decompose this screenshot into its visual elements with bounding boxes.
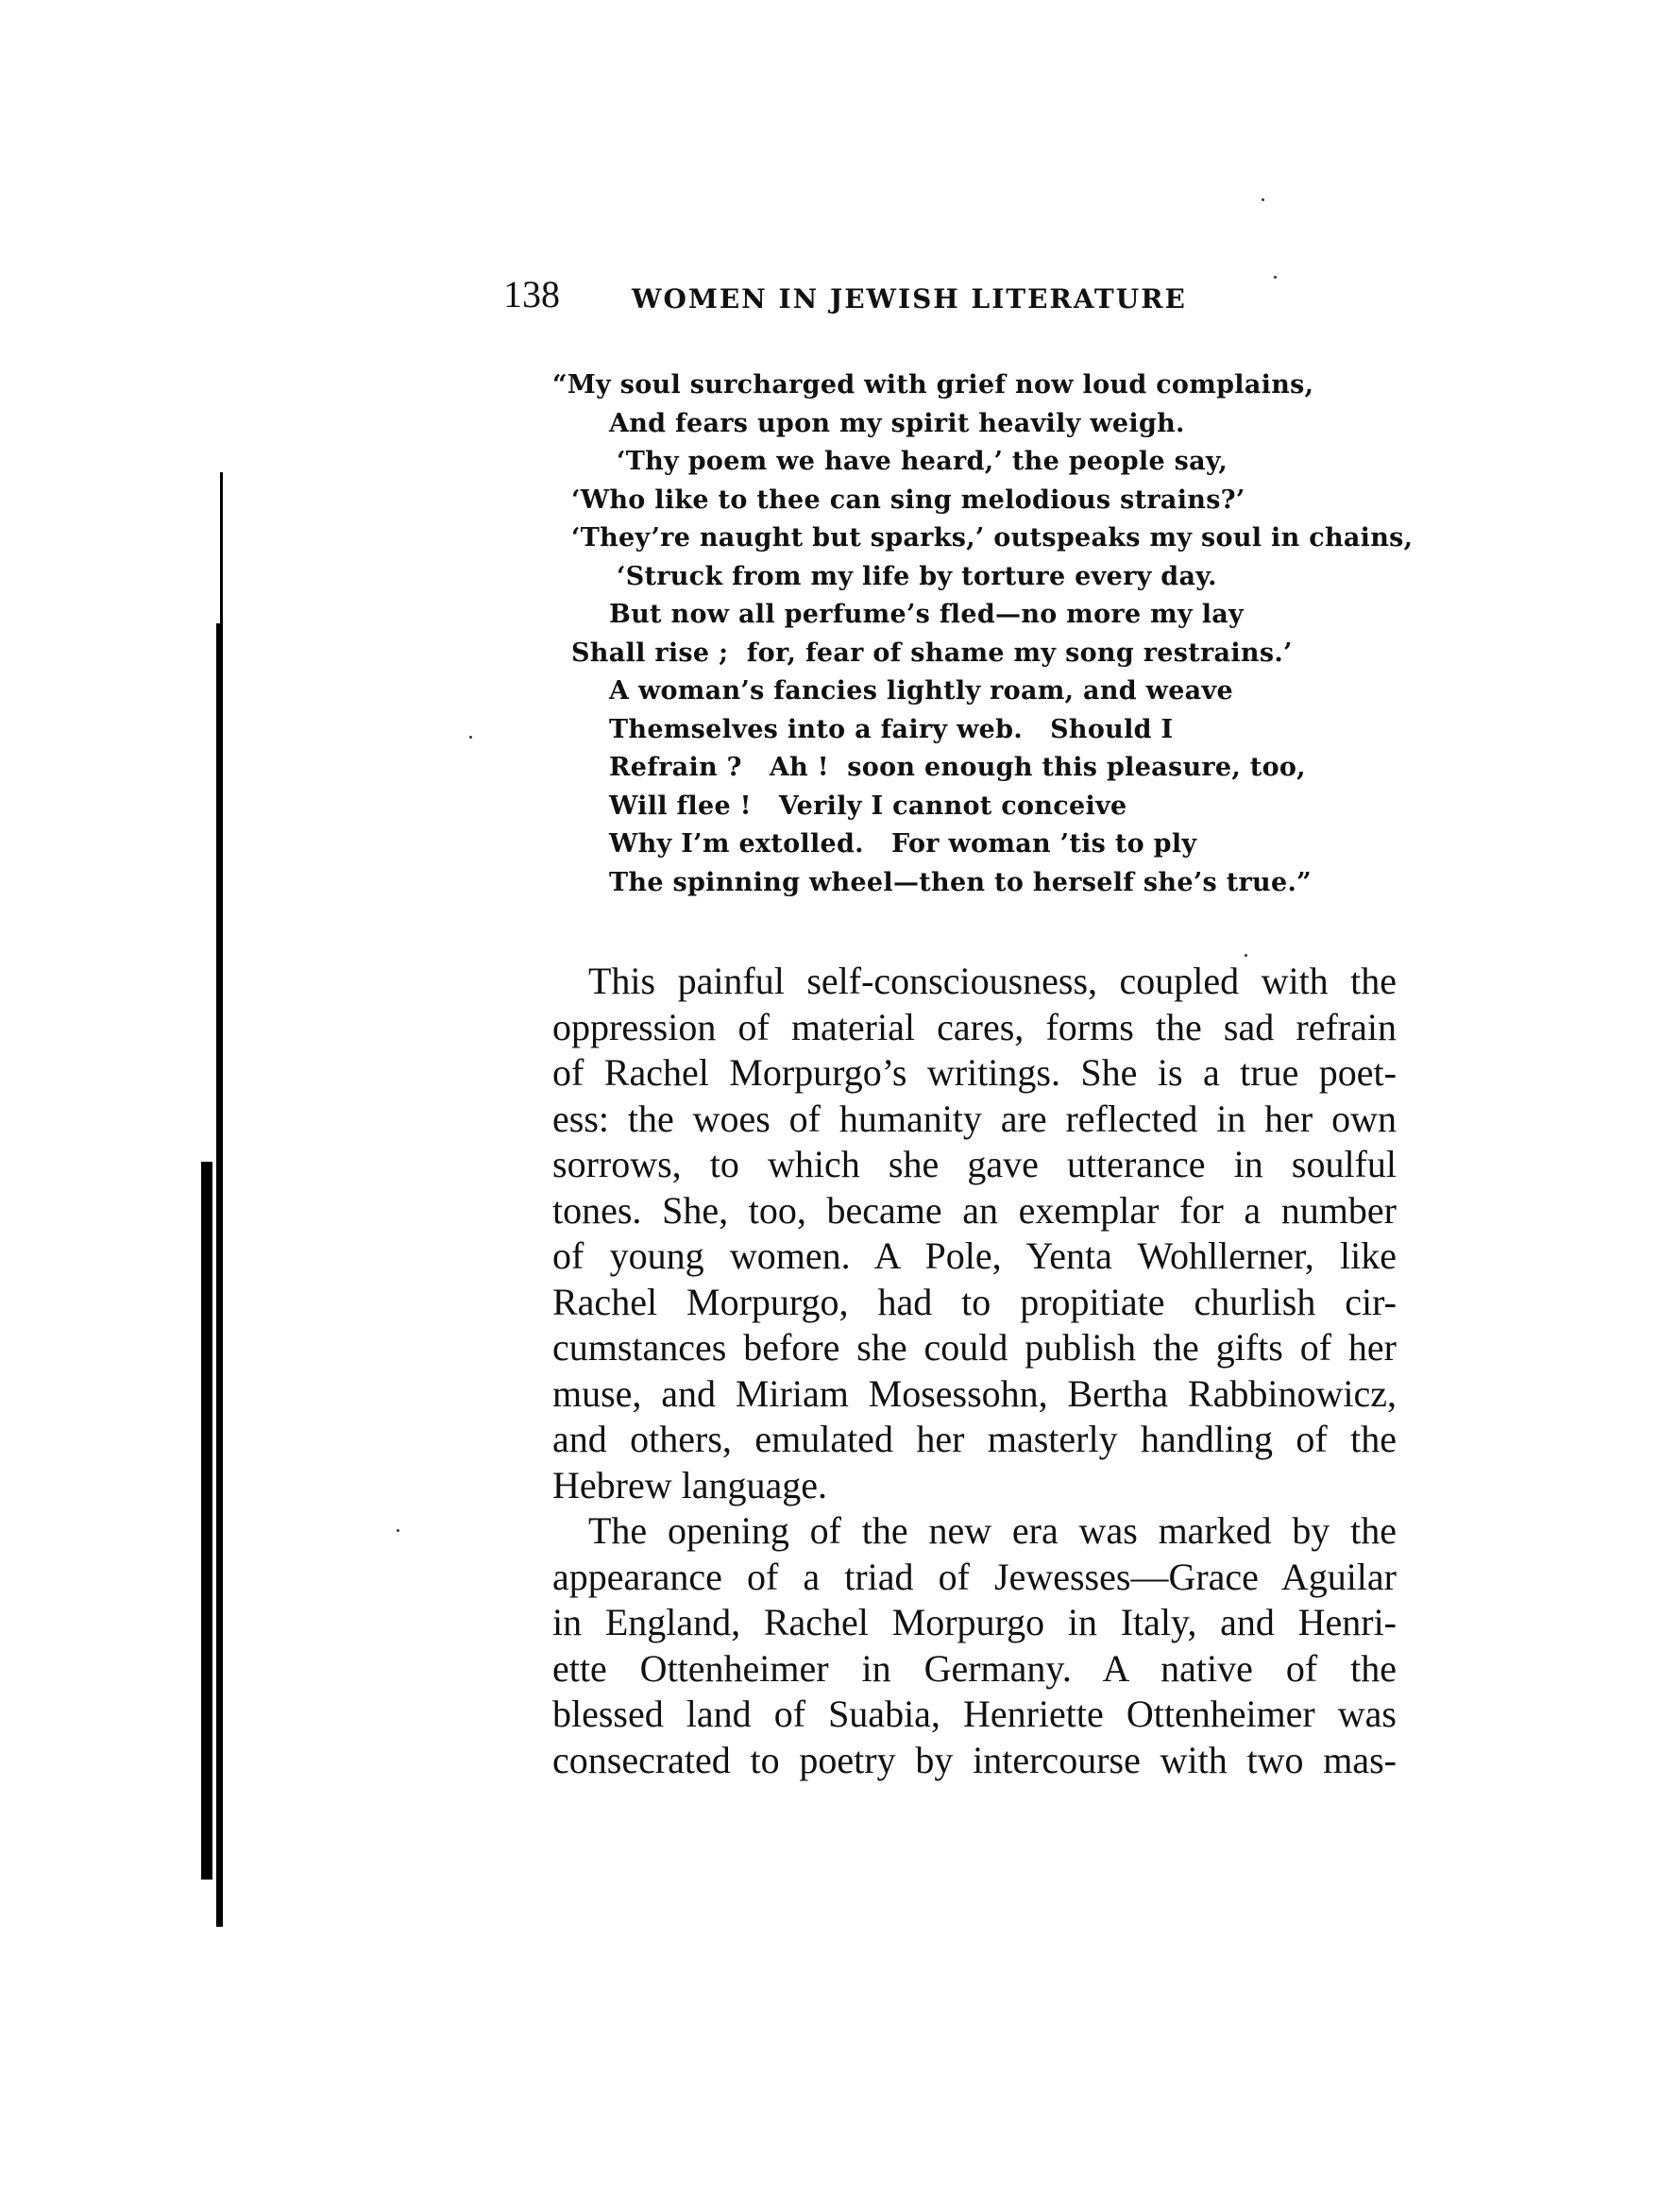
binding-shadow-edge (201, 1162, 212, 1880)
poem-line: A woman’s fancies lightly roam, and weav… (552, 672, 1402, 711)
text-line: sorrows, to which she gave utterance in … (517, 1142, 1397, 1188)
text-line: cumstances before she could publish the … (517, 1325, 1397, 1371)
text-line: Hebrew language. (517, 1463, 1397, 1509)
poem-quotation: “My soul surcharged with grief now loud … (552, 366, 1402, 902)
text-line: tones. She, too, became an exemplar for … (517, 1188, 1397, 1234)
running-title: WOMEN IN JEWISH LITERATURE (632, 283, 1187, 315)
text-line: blessed land of Suabia, Henriette Ottenh… (517, 1692, 1397, 1738)
poem-line: Will flee ! Verily I cannot conceive (552, 788, 1402, 826)
poem-line: Shall rise ; for, fear of shame my song … (552, 635, 1402, 673)
poem-line: But now all perfume’s fled—no more my la… (552, 596, 1402, 635)
text-line: oppression of material cares, forms the … (517, 1005, 1397, 1051)
text-line: ette Ottenheimer in Germany. A native of… (517, 1646, 1397, 1693)
text-line: This painful self-consciousness, coupled… (517, 959, 1397, 1005)
poem-line: ‘Struck from my life by torture every da… (552, 558, 1402, 597)
text-line: muse, and Miriam Mosessohn, Bertha Rabbi… (517, 1371, 1397, 1418)
paragraph-1: This painful self-consciousness, coupled… (517, 959, 1397, 1508)
paragraph-2: The opening of the new era was marked by… (517, 1508, 1397, 1783)
poem-line: Themselves into a fairy web. Should I (552, 711, 1402, 750)
poem-line: And fears upon my spirit heavily weigh. (552, 405, 1402, 444)
text-line: of Rachel Morpurgo’s writings. She is a … (517, 1050, 1397, 1097)
body-text: This painful self-consciousness, coupled… (517, 959, 1397, 1783)
text-line: ess: the woes of humanity are reflected … (517, 1097, 1397, 1143)
scan-speck (469, 736, 472, 739)
text-line: The opening of the new era was marked by… (517, 1508, 1397, 1555)
poem-line: ‘Thy poem we have heard,’ the people say… (552, 443, 1402, 482)
scan-speck (1245, 954, 1247, 957)
scan-speck (397, 1529, 399, 1532)
scan-speck (1274, 276, 1277, 279)
running-head: 138 WOMEN IN JEWISH LITERATURE (503, 272, 1221, 319)
poem-line: “My soul surcharged with grief now loud … (552, 366, 1402, 405)
poem-line: ‘They’re naught but sparks,’ outspeaks m… (552, 519, 1402, 558)
page-number: 138 (503, 272, 560, 316)
poem-line: Refrain ? Ah ! soon enough this pleasure… (552, 749, 1402, 788)
text-line: appearance of a triad of Jewesses—Grace … (517, 1555, 1397, 1601)
text-line: Rachel Morpurgo, had to propitiate churl… (517, 1280, 1397, 1326)
poem-line: Why I’m extolled. For woman ’tis to ply (552, 825, 1402, 864)
text-line: of young women. A Pole, Yenta Wohllerner… (517, 1234, 1397, 1280)
text-line: consecrated to poetry by intercourse wit… (517, 1738, 1397, 1784)
text-line: and others, emulated her masterly handli… (517, 1417, 1397, 1463)
text-line: in England, Rachel Morpurgo in Italy, an… (517, 1600, 1397, 1646)
poem-line: The spinning wheel—then to herself she’s… (552, 864, 1402, 903)
poem-line: ‘Who like to thee can sing melodious str… (552, 482, 1402, 520)
binding-shadow-thick (216, 623, 223, 1927)
scan-speck (1262, 198, 1264, 201)
